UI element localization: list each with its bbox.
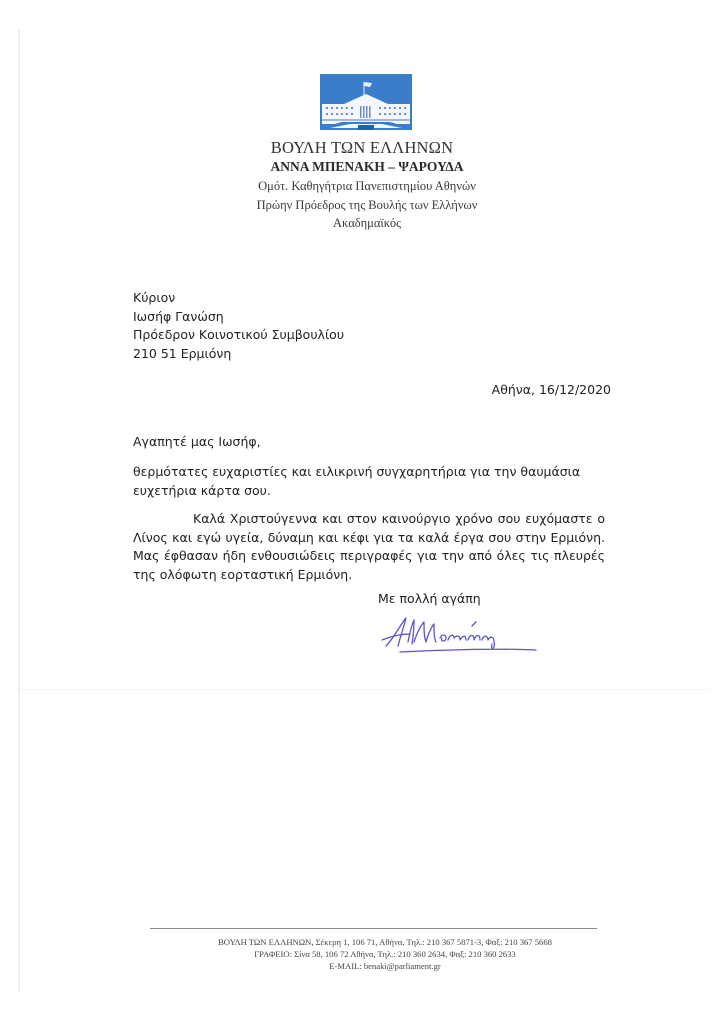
institution-name: ΒΟΥΛΗ ΤΩΝ ΕΛΛΗΝΩΝ	[0, 138, 724, 158]
recipient-line: Πρόεδρον Κοινοτικού Συμβουλίου	[133, 326, 344, 345]
closing-phrase: Με πολλή αγάπη	[378, 591, 481, 606]
sender-title: Ακαδημαϊκός	[0, 216, 724, 231]
footer-email: E-MAIL: benaki@parliament.gr	[0, 961, 724, 971]
sender-title: Ομότ. Καθηγήτρια Πανεπιστημίου Αθηνών	[0, 179, 724, 194]
footer-office: ΓΡΑΦΕΙΟ: Σίνα 58, 106 72 Αθήνα, Τηλ.: 21…	[0, 949, 724, 959]
recipient-address: Κύριον Ιωσήφ Γανώση Πρόεδρον Κοινοτικού …	[133, 289, 344, 363]
sender-title: Πρώην Πρόεδρος της Βουλής των Ελλήνων	[0, 198, 724, 213]
letter-paragraph: θερμότατες ευχαριστίες και ειλικρινή συγ…	[133, 463, 605, 500]
greeting: Αγαπητέ μας Ιωσήφ,	[133, 434, 261, 449]
letter-paragraph: Καλά Χριστούγεννα και στον καινούργιο χρ…	[133, 510, 605, 584]
handwritten-signature-icon	[380, 612, 540, 656]
footer-address: ΒΟΥΛΗ ΤΩΝ ΕΛΛΗΝΩΝ, Σέκερη 1, 106 71, Αθή…	[0, 937, 724, 947]
recipient-line: 210 51 Ερμιόνη	[133, 345, 344, 364]
footer-divider	[150, 928, 597, 929]
date-line: Αθήνα, 16/12/2020	[492, 382, 611, 397]
paper-fold-line	[20, 689, 710, 690]
sender-name: ΑΝΝΑ ΜΠΕΝΑΚΗ – ΨΑΡΟΥΔΑ	[0, 159, 724, 175]
hellenic-parliament-building-icon	[320, 74, 412, 136]
recipient-line: Κύριον	[133, 289, 344, 308]
recipient-line: Ιωσήφ Γανώση	[133, 308, 344, 327]
